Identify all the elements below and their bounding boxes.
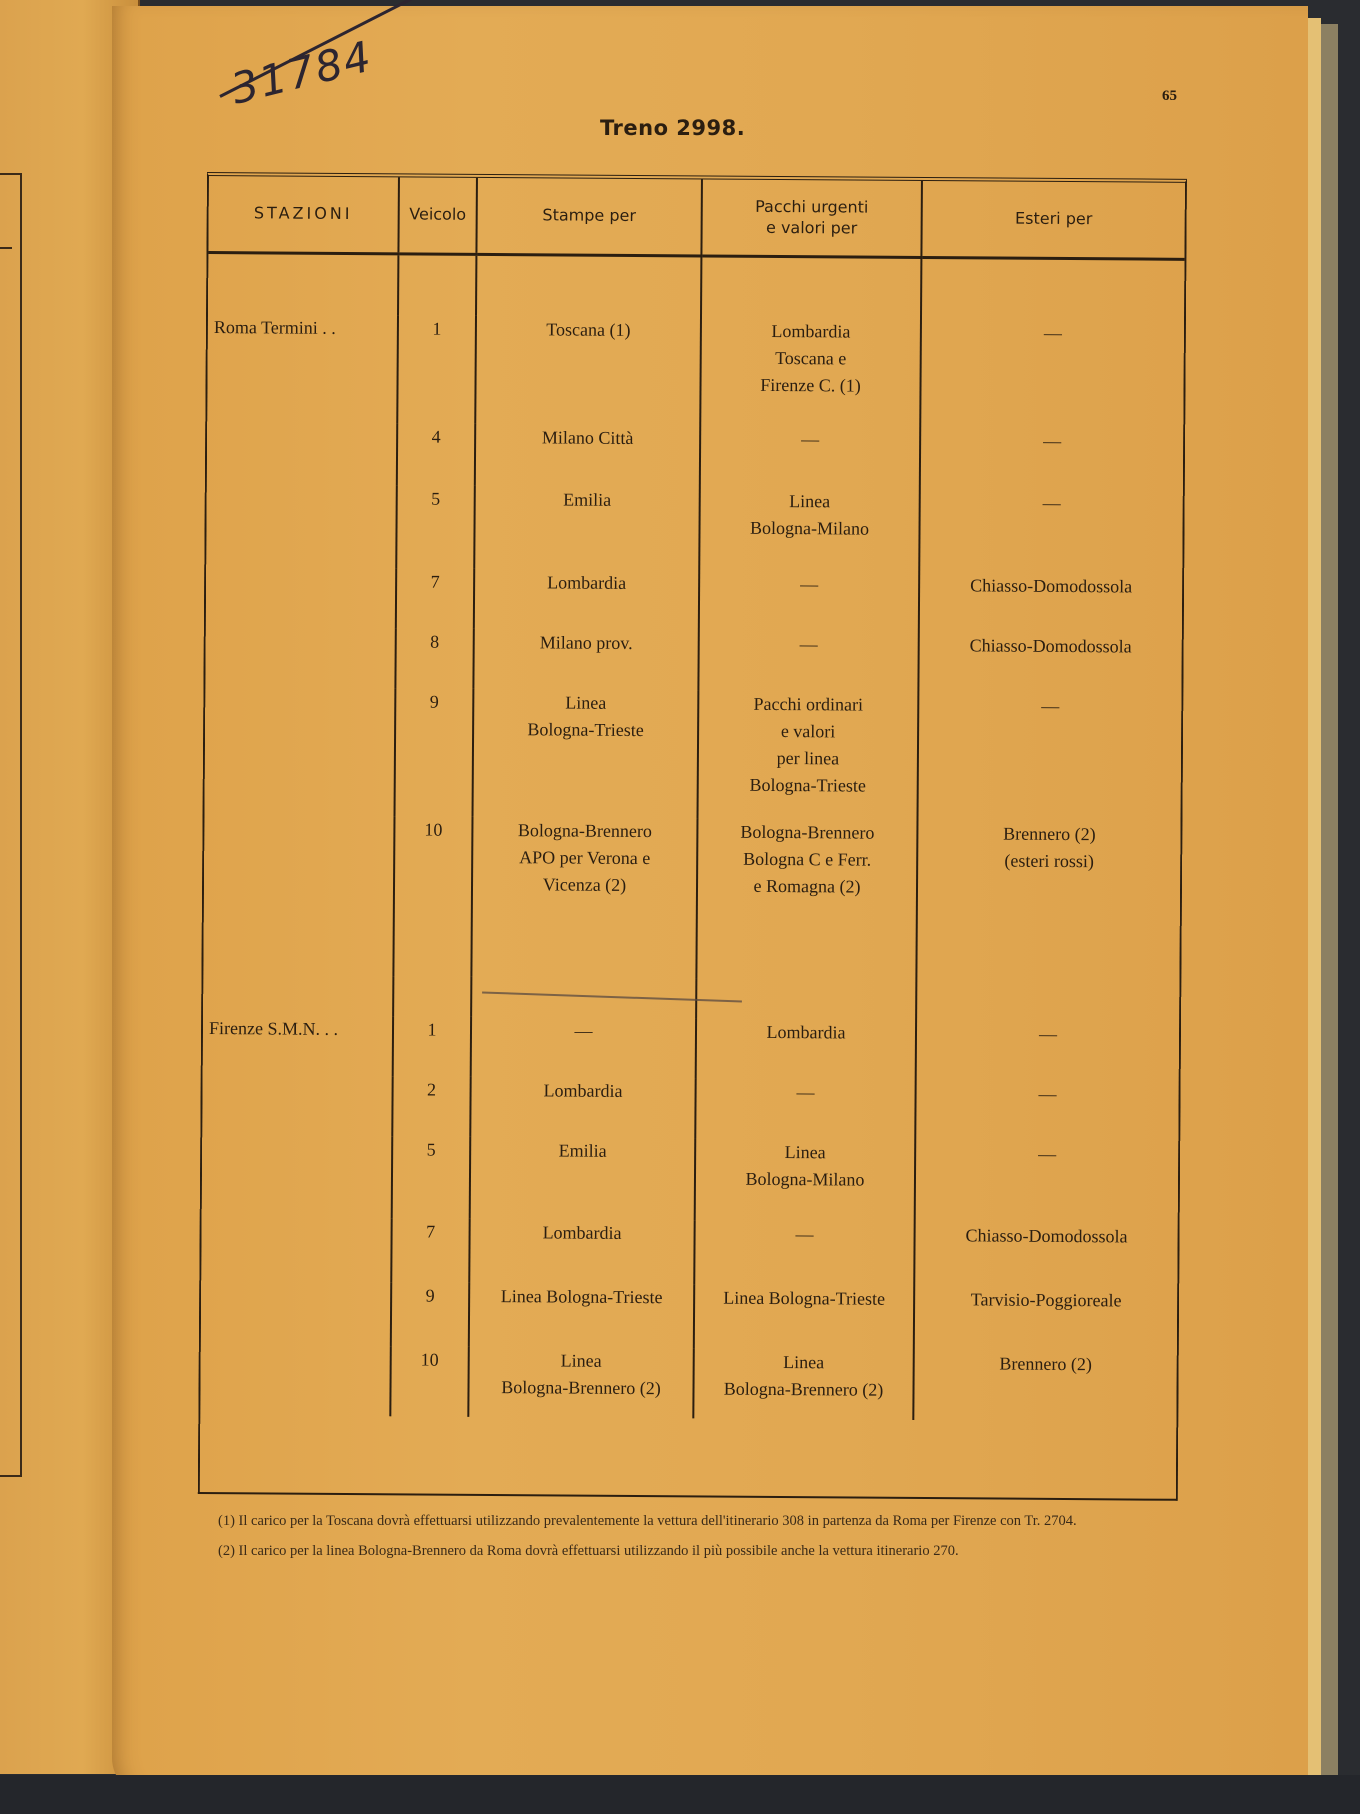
veicolo-cell: 7: [391, 1218, 469, 1283]
facing-page-table-fragment: [0, 173, 22, 1477]
esteri-cell: Chiasso-Domodossola: [914, 1222, 1177, 1288]
esteri-cell: —: [920, 427, 1183, 491]
station-cell: [206, 484, 397, 568]
station-cell: [205, 687, 396, 816]
veicolo-cell: 9: [395, 688, 474, 817]
pacchi-cell: Bologna-Brennero Bologna C e Ferr. e Rom…: [696, 818, 917, 980]
veicolo-cell: 4: [397, 423, 475, 486]
veicolo-cell: 9: [391, 1282, 469, 1347]
stampe-cell: Emilia: [474, 486, 700, 571]
table-spacer: [208, 253, 1184, 321]
table-row: 5EmiliaLinea Bologna-Milano—: [206, 484, 1183, 574]
esteri-cell: Chiasso-Domodossola: [918, 632, 1181, 694]
veicolo-cell: 10: [393, 816, 472, 977]
pacchi-cell: Linea Bologna-Milano: [695, 1138, 916, 1222]
table-row: 7Lombardia—Chiasso-Domodossola: [201, 1217, 1177, 1288]
veicolo-cell: 8: [395, 628, 473, 689]
station-cell: [206, 567, 396, 628]
header-stazioni: STAZIONI: [208, 176, 399, 254]
table-row: 10Linea Bologna-Brennero (2)Linea Bologn…: [200, 1345, 1176, 1422]
veicolo-cell: 5: [392, 1136, 471, 1219]
veicolo-cell: 2: [392, 1076, 470, 1137]
pacchi-cell: —: [695, 1078, 915, 1140]
footnotes: (1) Il carico per la Toscana dovrà effet…: [190, 1512, 1190, 1571]
veicolo-cell: 7: [396, 568, 474, 629]
station-cell: [200, 1345, 390, 1416]
station-cell: [202, 1135, 393, 1218]
pacchi-cell: Linea Bologna-Milano: [699, 487, 920, 572]
pacchi-cell: —: [700, 425, 920, 489]
header-esteri: Esteri per: [921, 181, 1185, 259]
station-cell: [205, 627, 395, 688]
stampe-cell: Linea Bologna-Trieste: [469, 1283, 694, 1349]
table-row: 8Milano prov.—Chiasso-Domodossola: [205, 627, 1181, 694]
table-row: 7Lombardia—Chiasso-Domodossola: [206, 567, 1182, 634]
page-title: Treno 2998.: [600, 116, 745, 140]
stampe-cell: —: [471, 1017, 696, 1079]
veicolo-cell: 5: [396, 485, 475, 569]
pacchi-cell: —: [694, 1220, 914, 1286]
esteri-cell: —: [917, 692, 1181, 822]
station-cell: Roma Termini . .: [207, 314, 398, 423]
table-row: 4Milano Città——: [207, 422, 1183, 491]
stampe-cell: Milano prov.: [473, 629, 698, 691]
esteri-cell: Tarvisio-Poggioreale: [914, 1286, 1177, 1352]
table-row: 9Linea Bologna-TriestePacchi ordinari e …: [205, 687, 1182, 822]
esteri-cell: Chiasso-Domodossola: [919, 572, 1182, 634]
stampe-cell: Bologna-Brennero APO per Verona e Vicenz…: [471, 817, 697, 979]
schedule-table: STAZIONI Veicolo Stampe per Pacchi urgen…: [198, 172, 1187, 1501]
stampe-cell: Toscana (1): [475, 316, 701, 426]
stampe-cell: Linea Bologna-Brennero (2): [468, 1347, 693, 1419]
pacchi-cell: Linea Bologna-Brennero (2): [693, 1348, 913, 1420]
page-number: 65: [1162, 88, 1177, 105]
station-cell: [207, 422, 397, 485]
pacchi-cell: —: [698, 630, 918, 692]
station-cell: [201, 1281, 391, 1346]
header-veicolo: Veicolo: [398, 177, 477, 254]
esteri-cell: Brennero (2) (esteri rossi): [916, 820, 1180, 982]
pacchi-cell: Lombardia Toscana e Firenze C. (1): [700, 317, 921, 427]
table-row: 5EmiliaLinea Bologna-Milano—: [202, 1135, 1179, 1224]
table-header-row: STAZIONI Veicolo Stampe per Pacchi urgen…: [208, 176, 1185, 259]
pacchi-cell: Linea Bologna-Trieste: [694, 1284, 914, 1350]
stampe-cell: Lombardia: [474, 569, 699, 631]
pacchi-cell: —: [699, 570, 919, 632]
esteri-cell: —: [915, 1140, 1179, 1224]
esteri-cell: —: [920, 319, 1184, 429]
esteri-cell: Brennero (2): [913, 1350, 1176, 1422]
table-row: Firenze S.M.N. . .1—Lombardia—: [203, 1015, 1179, 1082]
veicolo-cell: 1: [393, 1016, 471, 1077]
stampe-cell: Emilia: [470, 1137, 696, 1221]
page-stack-edge: [1320, 24, 1338, 1810]
desk-surface: [0, 1775, 1360, 1814]
pacchi-cell: Pacchi ordinari e valori per linea Bolog…: [697, 690, 918, 820]
esteri-cell: —: [919, 489, 1183, 574]
station-cell: [202, 1075, 392, 1136]
veicolo-cell: 10: [390, 1346, 468, 1417]
footnote-2: (2) Il carico per la linea Bologna-Brenn…: [190, 1542, 1190, 1562]
station-cell: [203, 815, 394, 976]
stampe-cell: Lombardia: [470, 1077, 695, 1139]
station-cell: [201, 1217, 391, 1282]
stampe-cell: Linea Bologna-Trieste: [473, 689, 699, 819]
station-cell: Firenze S.M.N. . .: [203, 1015, 393, 1076]
header-pacchi: Pacchi urgenti e valori per: [701, 179, 922, 257]
stampe-cell: Milano Città: [475, 424, 700, 488]
table-row: 9Linea Bologna-TriesteLinea Bologna-Trie…: [201, 1281, 1177, 1352]
table-row: 2Lombardia——: [202, 1075, 1178, 1142]
esteri-cell: —: [915, 1080, 1178, 1142]
veicolo-cell: 1: [397, 315, 476, 424]
esteri-cell: —: [916, 1020, 1179, 1082]
header-stampe: Stampe per: [476, 178, 702, 256]
stampe-cell: Lombardia: [469, 1219, 694, 1285]
table-row: 10Bologna-Brennero APO per Verona e Vice…: [203, 815, 1180, 982]
pacchi-cell: Lombardia: [696, 1018, 916, 1080]
table-row: Roma Termini . .1Toscana (1)Lombardia To…: [207, 314, 1184, 429]
footnote-1: (1) Il carico per la Toscana dovrà effet…: [190, 1512, 1190, 1532]
facing-page-table-rule: [0, 247, 12, 249]
